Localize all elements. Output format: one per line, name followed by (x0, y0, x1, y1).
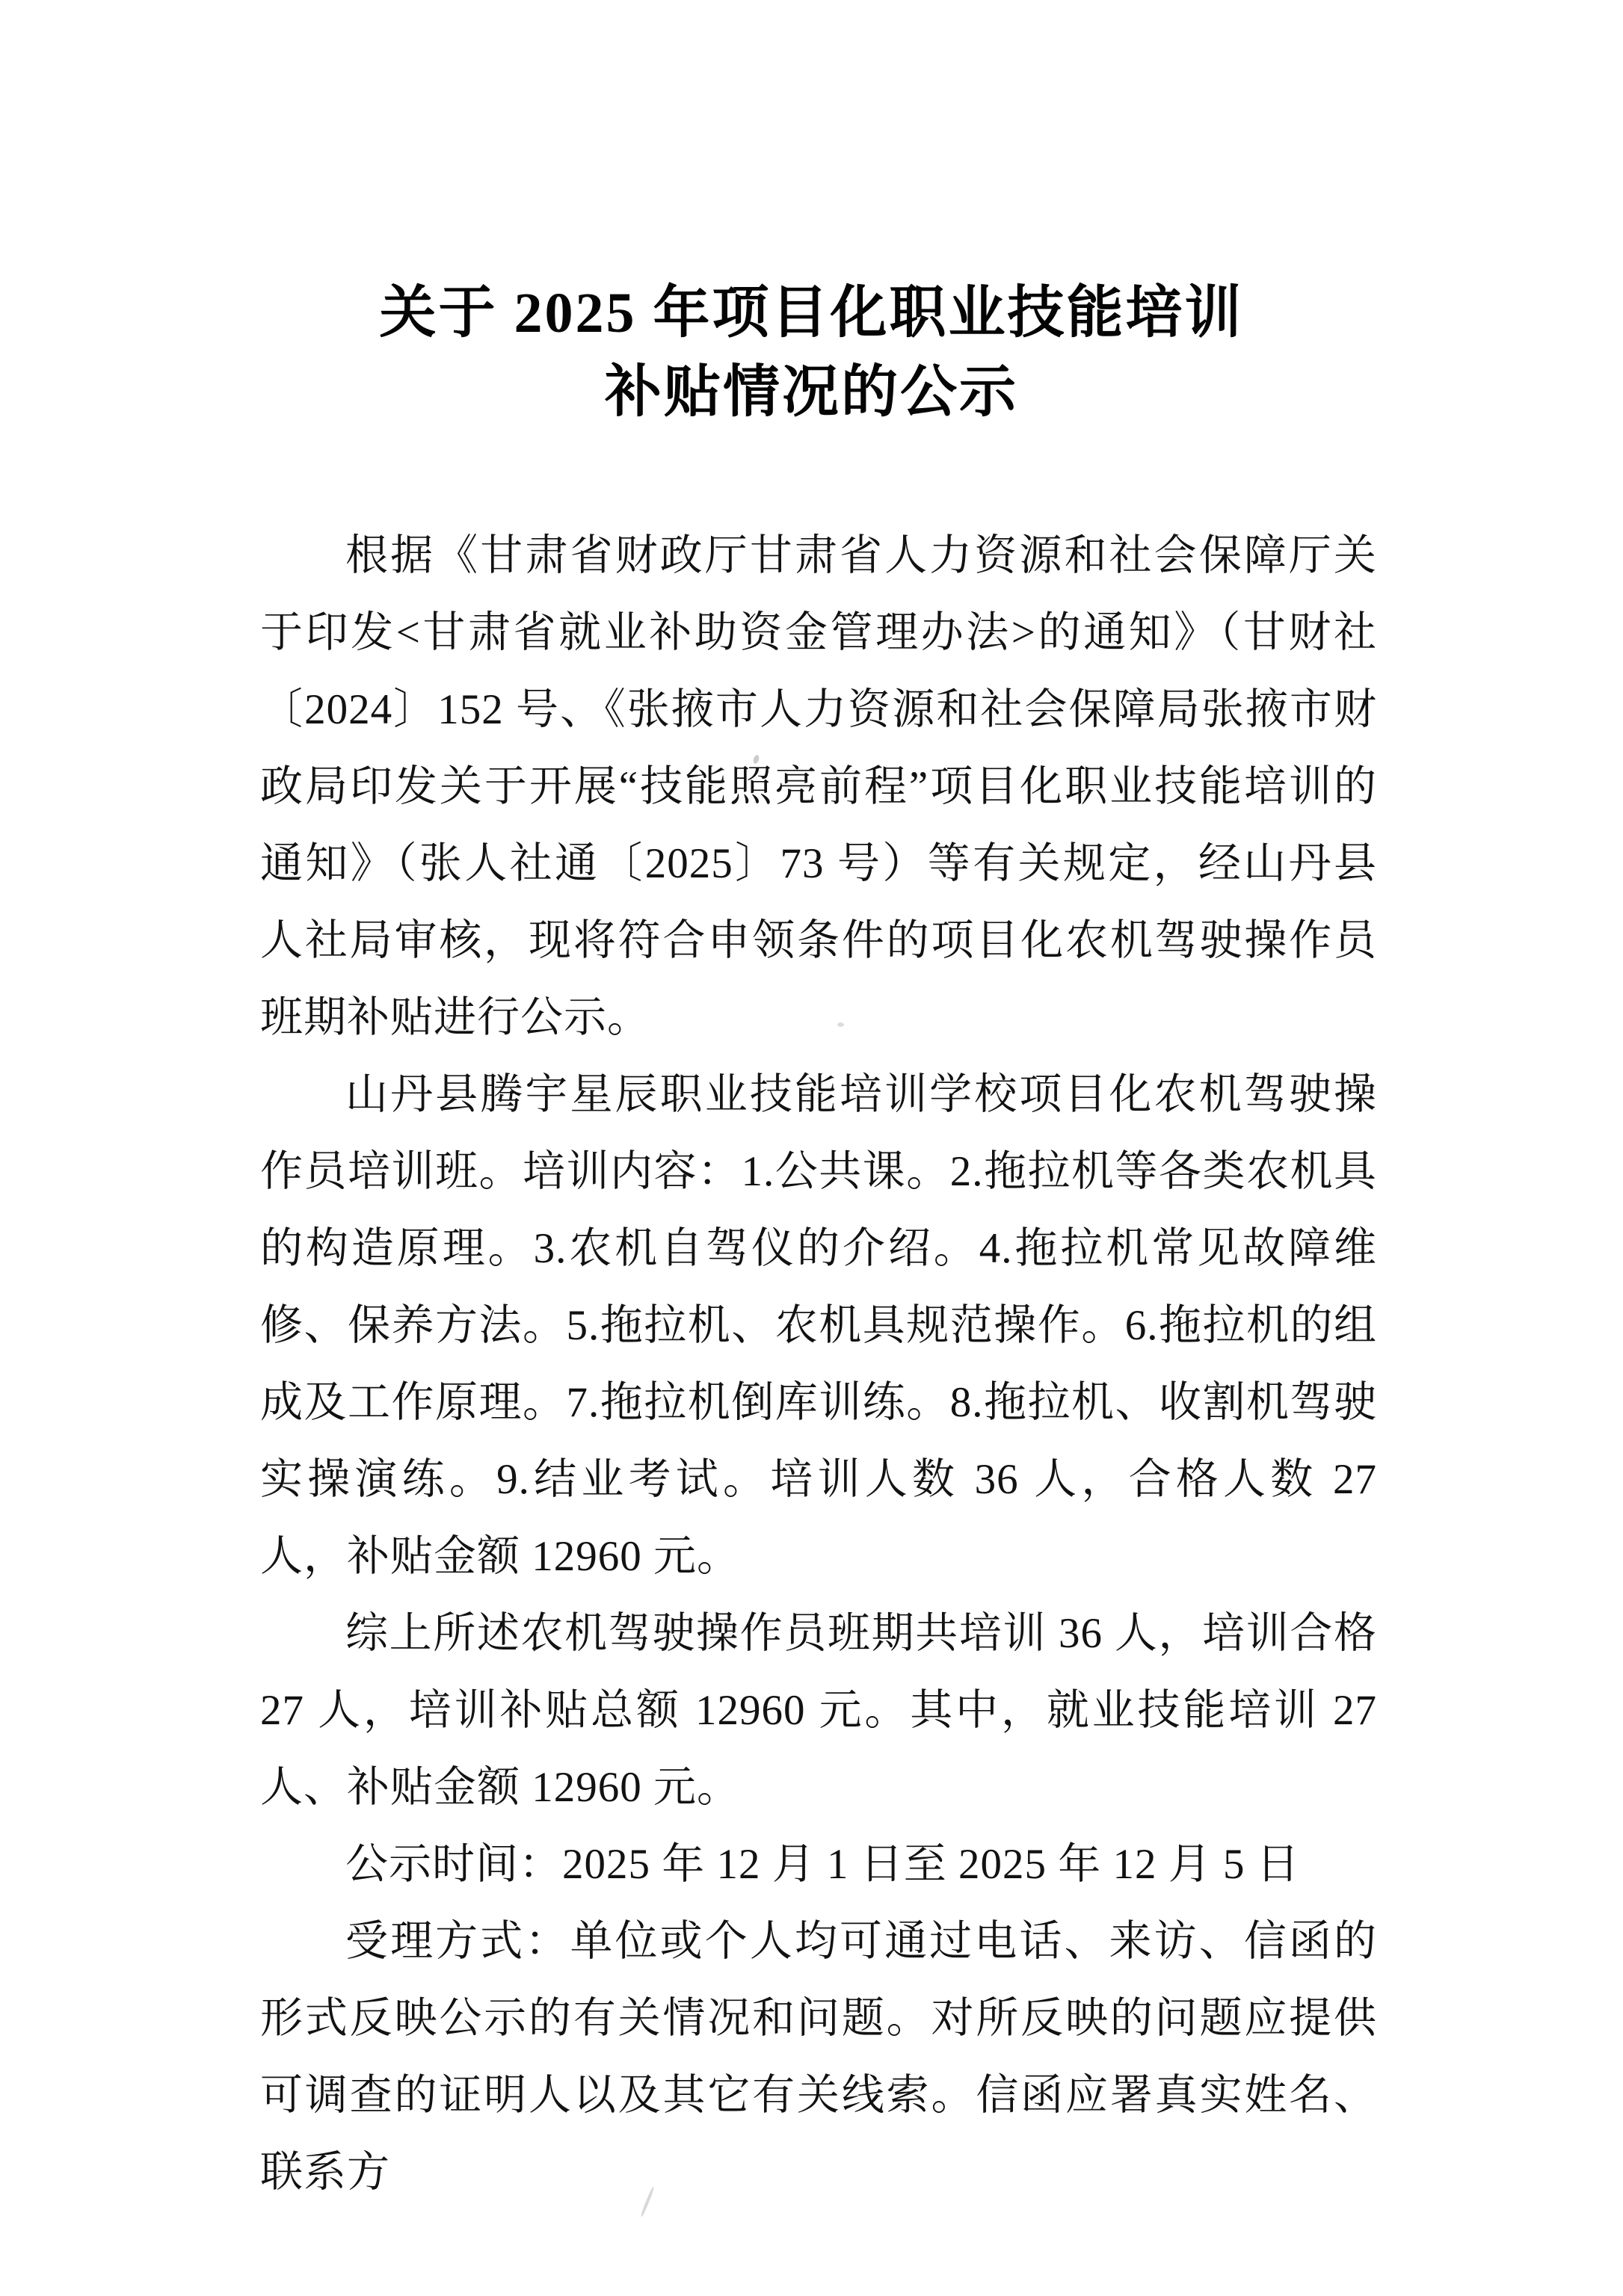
title-line-2: 补贴情况的公示 (0, 353, 1623, 432)
document-page: 关于 2025 年项目化职业技能培训 补贴情况的公示 根据《甘肃省财政厅甘肃省人… (0, 0, 1623, 2296)
document-body: 根据《甘肃省财政厅甘肃省人力资源和社会保障厅关于印发<甘肃省就业补助资金管理办法… (260, 517, 1377, 2211)
paragraph-training-class-details: 山丹县腾宇星辰职业技能培训学校项目化农机驾驶操作员培训班。培训内容：1.公共课。… (260, 1056, 1377, 1595)
scan-speckle (837, 1022, 844, 1027)
paragraph-legal-basis: 根据《甘肃省财政厅甘肃省人力资源和社会保障厅关于印发<甘肃省就业补助资金管理办法… (260, 517, 1377, 1056)
document-title: 关于 2025 年项目化职业技能培训 补贴情况的公示 (0, 274, 1623, 432)
paragraph-publicity-period: 公示时间：2025 年 12 月 1 日至 2025 年 12 月 5 日 (260, 1826, 1377, 1903)
paragraph-summary-totals: 综上所述农机驾驶操作员班期共培训 36 人，培训合格 27 人，培训补贴总额 1… (260, 1595, 1377, 1826)
title-line-1: 关于 2025 年项目化职业技能培训 (0, 274, 1623, 353)
paragraph-feedback-method: 受理方式：单位或个人均可通过电话、来访、信函的形式反映公示的有关情况和问题。对所… (260, 1903, 1377, 2211)
